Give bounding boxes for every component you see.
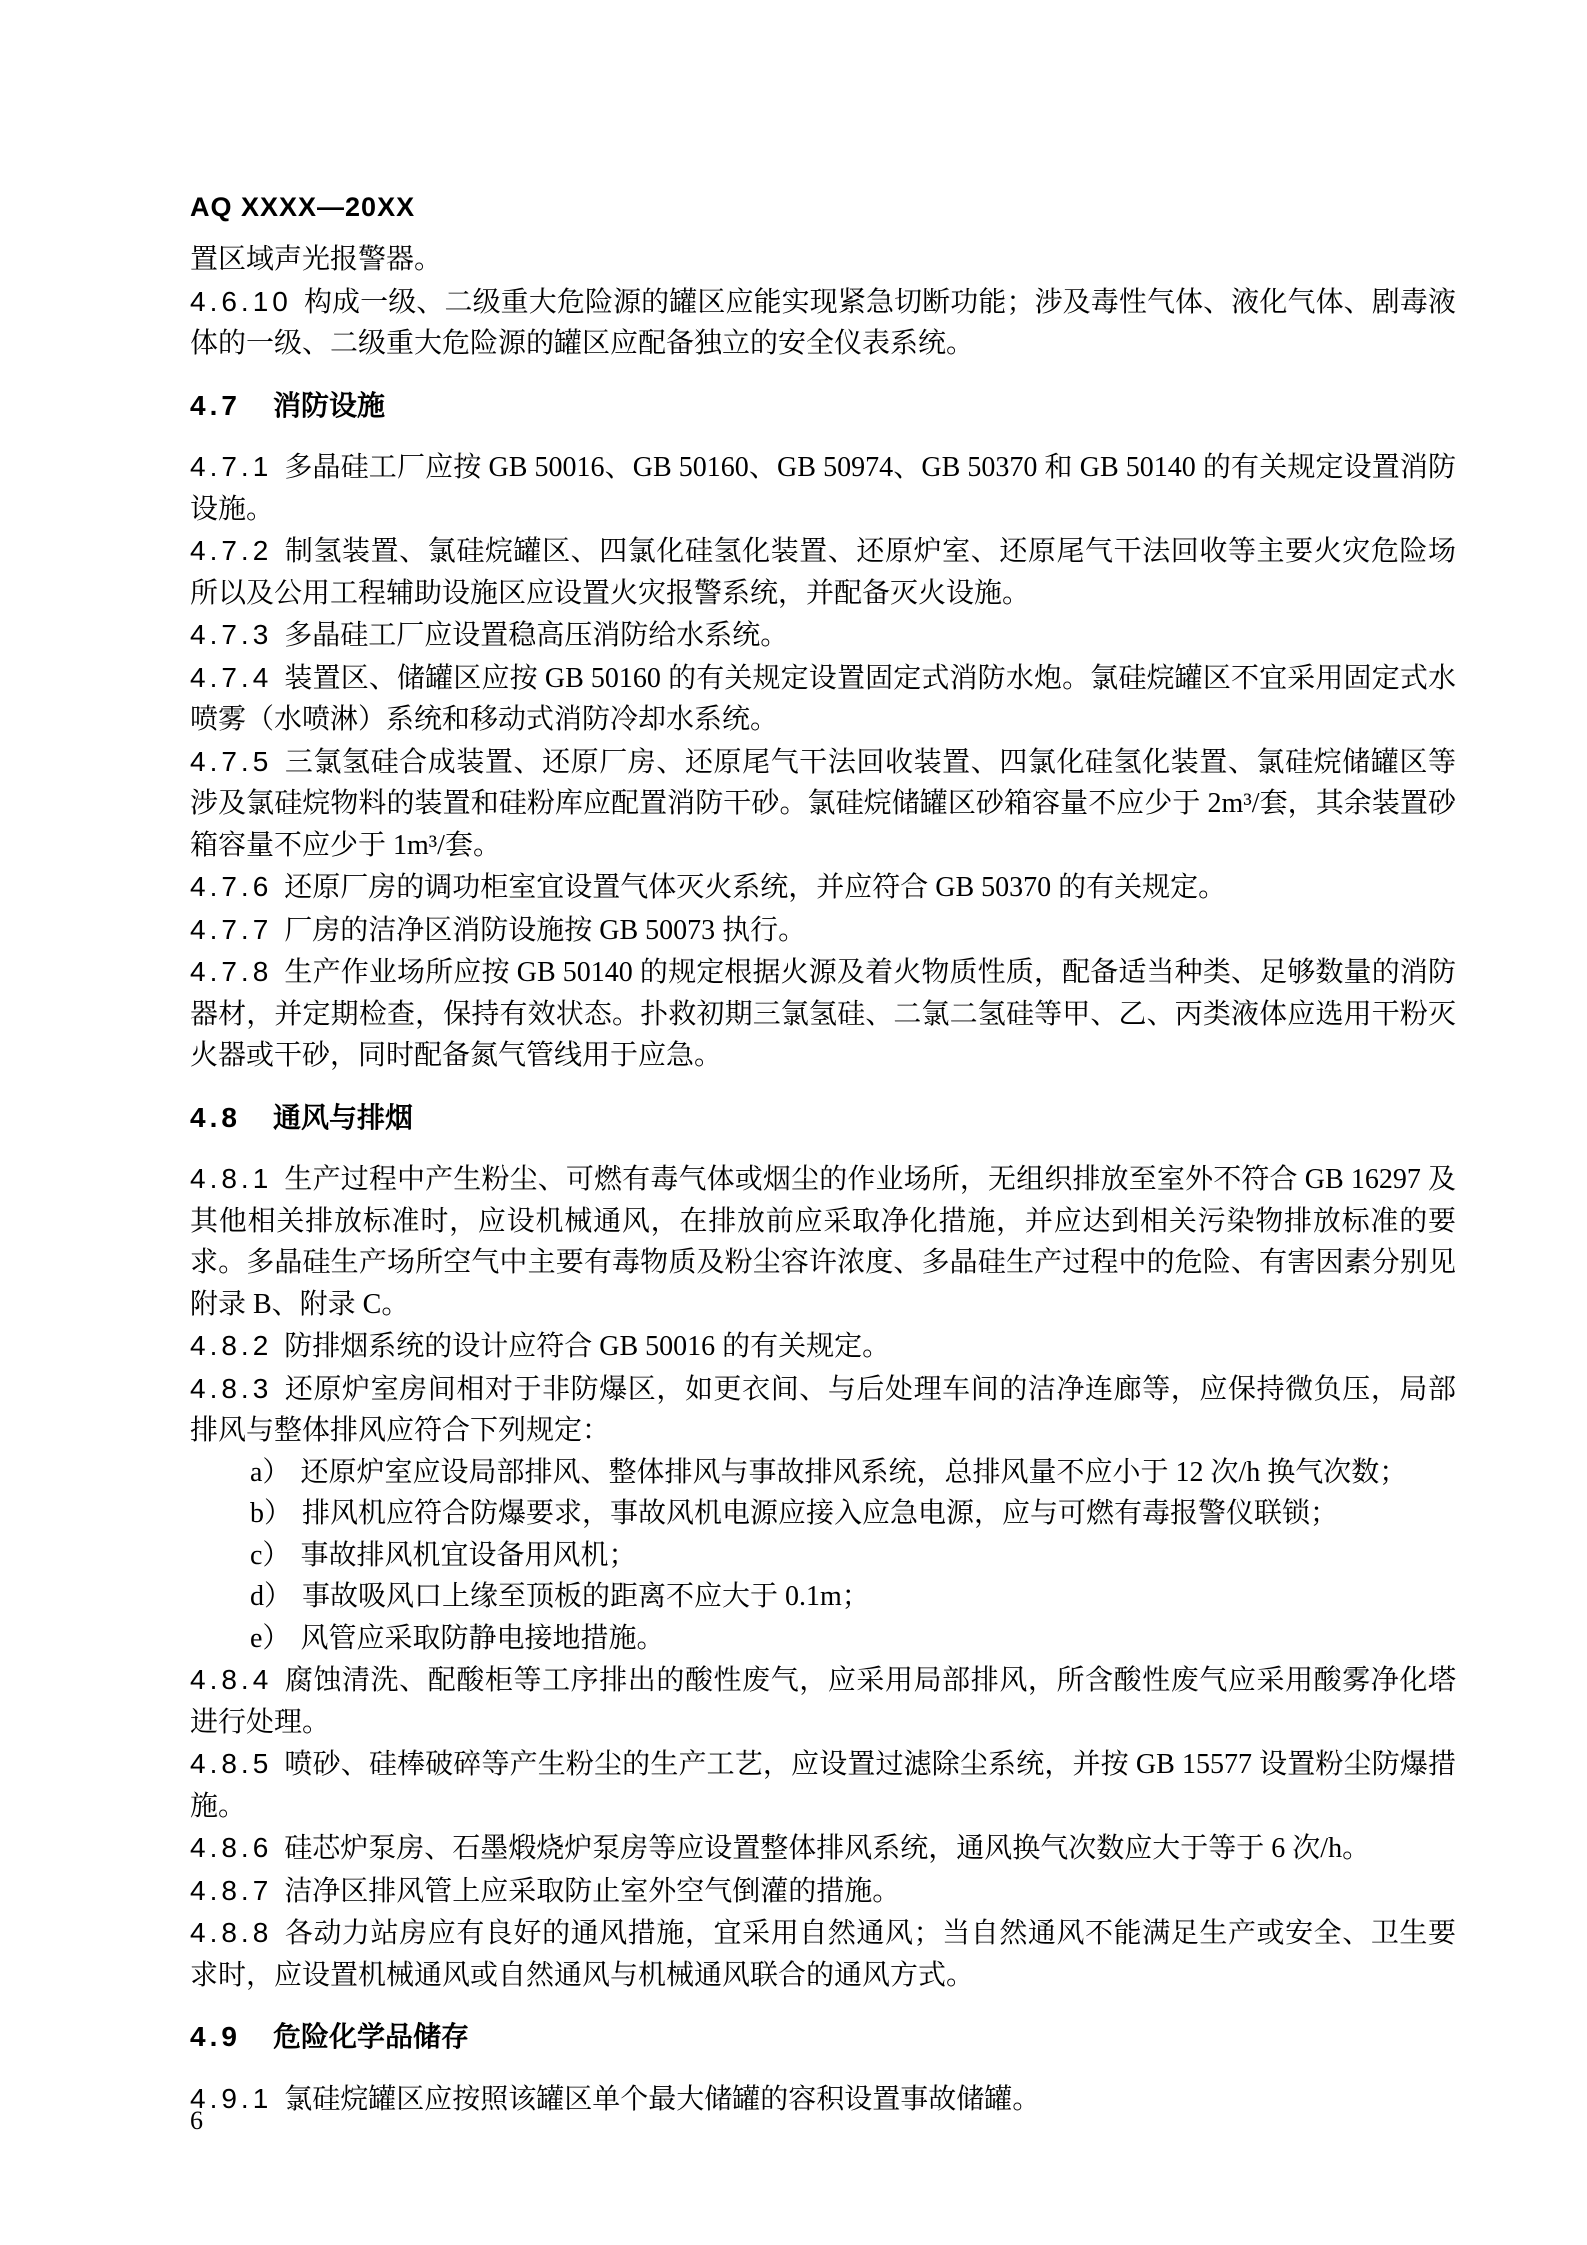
section-heading-4-7: 4.7消防设施 xyxy=(190,385,1456,427)
clause-number: 4.8.8 xyxy=(190,1917,272,1948)
clause-text: 还原厂房的调功柜室宜设置气体灭火系统，并应符合 GB 50370 的有关规定。 xyxy=(284,872,1226,903)
clause-text: 多晶硅工厂应设置稳高压消防给水系统。 xyxy=(284,620,788,651)
list-item-c: c）事故排风机宜设备用风机； xyxy=(190,1535,1456,1577)
clause-text: 构成一级、二级重大危险源的罐区应能实现紧急切断功能；涉及毒性气体、液化气体、剧毒… xyxy=(190,287,1456,360)
clause-4-8-2: 4.8.2防排烟系统的设计应符合 GB 50016 的有关规定。 xyxy=(190,1325,1456,1368)
list-item-label: e） xyxy=(250,1623,290,1654)
clause-text: 装置区、储罐区应按 GB 50160 的有关规定设置固定式消防水炮。氯硅烷罐区不… xyxy=(190,663,1456,736)
clause-4-7-1: 4.7.1多晶硅工厂应按 GB 50016、GB 50160、GB 50974、… xyxy=(190,446,1456,530)
clause-number: 4.7.3 xyxy=(190,619,272,650)
clause-number: 4.8.1 xyxy=(190,1163,272,1194)
list-item-text: 事故排风机宜设备用风机； xyxy=(300,1540,636,1571)
clause-number: 4.7.2 xyxy=(190,535,272,566)
clause-text: 氯硅烷罐区应按照该罐区单个最大储罐的容积设置事故储罐。 xyxy=(284,2084,1040,2115)
clause-4-8-1: 4.8.1生产过程中产生粉尘、可燃有毒气体或烟尘的作业场所，无组织排放至室外不符… xyxy=(190,1158,1456,1325)
document-content: AQ XXXX—20XX 置区域声光报警器。4.6.10构成一级、二级重大危险源… xyxy=(190,187,1456,2120)
clause-text: 制氢装置、氯硅烷罐区、四氯化硅氢化装置、还原炉室、还原尾气干法回收等主要火灾危险… xyxy=(190,536,1456,609)
clause-text: 防排烟系统的设计应符合 GB 50016 的有关规定。 xyxy=(284,1331,890,1362)
clause-4-8-4: 4.8.4腐蚀清洗、配酸柜等工序排出的酸性废气，应采用局部排风，所含酸性废气应采… xyxy=(190,1659,1456,1743)
clause-4-9-1: 4.9.1氯硅烷罐区应按照该罐区单个最大储罐的容积设置事故储罐。 xyxy=(190,2078,1456,2121)
clause-4-7-8: 4.7.8生产作业场所应按 GB 50140 的规定根据火源及着火物质性质，配备… xyxy=(190,951,1456,1077)
clause-number: 4.8.6 xyxy=(190,1832,272,1863)
clause-text: 喷砂、硅棒破碎等产生粉尘的生产工艺，应设置过滤除尘系统，并按 GB 15577 … xyxy=(190,1749,1456,1822)
clause-text: 三氯氢硅合成装置、还原厂房、还原尾气干法回收装置、四氯化硅氢化装置、氯硅烷储罐区… xyxy=(190,747,1456,861)
clause-number: 4.8.7 xyxy=(190,1875,272,1906)
clause-text: 硅芯炉泵房、石墨煅烧炉泵房等应设置整体排风系统，通风换气次数应大于等于 6 次/… xyxy=(284,1833,1370,1864)
clause-text: 多晶硅工厂应按 GB 50016、GB 50160、GB 50974、GB 50… xyxy=(190,452,1456,525)
section-heading-4-9: 4.9危险化学品储存 xyxy=(190,2016,1456,2058)
list-item-text: 还原炉室应设局部排风、整体排风与事故排风系统，总排风量不应小于 12 次/h 换… xyxy=(300,1457,1407,1488)
list-item-label: b） xyxy=(250,1498,292,1529)
section-heading-number: 4.9 xyxy=(190,2021,241,2052)
clause-4-7-7: 4.7.7厂房的洁净区消防设施按 GB 50073 执行。 xyxy=(190,909,1456,952)
clause-number: 4.6.10 xyxy=(190,286,292,317)
list-item-d: d）事故吸风口上缘至顶板的距离不应大于 0.1m； xyxy=(190,1576,1456,1618)
list-item-label: a） xyxy=(250,1457,290,1488)
clause-text: 生产过程中产生粉尘、可燃有毒气体或烟尘的作业场所，无组织排放至室外不符合 GB … xyxy=(190,1164,1456,1320)
clause-number: 4.7.1 xyxy=(190,451,272,482)
section-heading-number: 4.7 xyxy=(190,390,241,421)
clause-number: 4.7.4 xyxy=(190,662,272,693)
clause-text: 厂房的洁净区消防设施按 GB 50073 执行。 xyxy=(284,915,806,946)
list-item-label: c） xyxy=(250,1540,290,1571)
clause-number: 4.8.3 xyxy=(190,1373,272,1404)
clause-4-6-10: 4.6.10构成一级、二级重大危险源的罐区应能实现紧急切断功能；涉及毒性气体、液… xyxy=(190,281,1456,365)
list-item-a: a）还原炉室应设局部排风、整体排风与事故排风系统，总排风量不应小于 12 次/h… xyxy=(190,1452,1456,1494)
list-item-text: 排风机应符合防爆要求，事故风机电源应接入应急电源，应与可燃有毒报警仪联锁； xyxy=(302,1498,1338,1529)
clause-text: 各动力站房应有良好的通风措施，宜采用自然通风；当自然通风不能满足生产或安全、卫生… xyxy=(190,1918,1456,1991)
section-heading-title: 通风与排烟 xyxy=(273,1102,413,1133)
clause-4-7-2: 4.7.2制氢装置、氯硅烷罐区、四氯化硅氢化装置、还原炉室、还原尾气干法回收等主… xyxy=(190,530,1456,614)
paragraph: 置区域声光报警器。 xyxy=(190,239,1456,281)
clause-4-8-5: 4.8.5喷砂、硅棒破碎等产生粉尘的生产工艺，应设置过滤除尘系统，并按 GB 1… xyxy=(190,1743,1456,1827)
list-item-e: e）风管应采取防静电接地措施。 xyxy=(190,1618,1456,1660)
document-page: AQ XXXX—20XX 置区域声光报警器。4.6.10构成一级、二级重大危险源… xyxy=(0,0,1587,2245)
standard-number-header: AQ XXXX—20XX xyxy=(190,187,1456,228)
list-item-label: d） xyxy=(250,1581,292,1612)
clause-number: 4.8.2 xyxy=(190,1330,272,1361)
section-heading-number: 4.8 xyxy=(190,1102,241,1133)
clause-4-7-6: 4.7.6还原厂房的调功柜室宜设置气体灭火系统，并应符合 GB 50370 的有… xyxy=(190,866,1456,909)
section-heading-4-8: 4.8通风与排烟 xyxy=(190,1097,1456,1139)
list-item-b: b）排风机应符合防爆要求，事故风机电源应接入应急电源，应与可燃有毒报警仪联锁； xyxy=(190,1493,1456,1535)
clause-text: 生产作业场所应按 GB 50140 的规定根据火源及着火物质性质，配备适当种类、… xyxy=(190,957,1456,1071)
clause-4-8-7: 4.8.7洁净区排风管上应采取防止室外空气倒灌的措施。 xyxy=(190,1870,1456,1913)
clause-number: 4.7.6 xyxy=(190,871,272,902)
clause-4-8-3: 4.8.3还原炉室房间相对于非防爆区，如更衣间、与后处理车间的洁净连廊等，应保持… xyxy=(190,1368,1456,1452)
page-number: 6 xyxy=(190,2100,203,2141)
clause-4-7-5: 4.7.5三氯氢硅合成装置、还原厂房、还原尾气干法回收装置、四氯化硅氢化装置、氯… xyxy=(190,741,1456,867)
clause-text: 还原炉室房间相对于非防爆区，如更衣间、与后处理车间的洁净连廊等，应保持微负压，局… xyxy=(190,1374,1456,1447)
clause-text: 腐蚀清洗、配酸柜等工序排出的酸性废气，应采用局部排风，所含酸性废气应采用酸雾净化… xyxy=(190,1665,1456,1738)
section-heading-title: 消防设施 xyxy=(273,390,385,421)
clause-text: 洁净区排风管上应采取防止室外空气倒灌的措施。 xyxy=(284,1876,900,1907)
clause-4-8-6: 4.8.6硅芯炉泵房、石墨煅烧炉泵房等应设置整体排风系统，通风换气次数应大于等于… xyxy=(190,1827,1456,1870)
clause-4-7-3: 4.7.3多晶硅工厂应设置稳高压消防给水系统。 xyxy=(190,614,1456,657)
document-body: 置区域声光报警器。4.6.10构成一级、二级重大危险源的罐区应能实现紧急切断功能… xyxy=(190,239,1456,2120)
clause-4-7-4: 4.7.4装置区、储罐区应按 GB 50160 的有关规定设置固定式消防水炮。氯… xyxy=(190,657,1456,741)
list-item-text: 风管应采取防静电接地措施。 xyxy=(300,1623,664,1654)
clause-number: 4.8.5 xyxy=(190,1748,272,1779)
section-heading-title: 危险化学品储存 xyxy=(273,2021,469,2052)
clause-number: 4.7.7 xyxy=(190,914,272,945)
clause-number: 4.8.4 xyxy=(190,1664,272,1695)
clause-number: 4.7.5 xyxy=(190,746,272,777)
list-item-text: 事故吸风口上缘至顶板的距离不应大于 0.1m； xyxy=(302,1581,870,1612)
clause-4-8-8: 4.8.8各动力站房应有良好的通风措施，宜采用自然通风；当自然通风不能满足生产或… xyxy=(190,1912,1456,1996)
clause-number: 4.7.8 xyxy=(190,956,272,987)
